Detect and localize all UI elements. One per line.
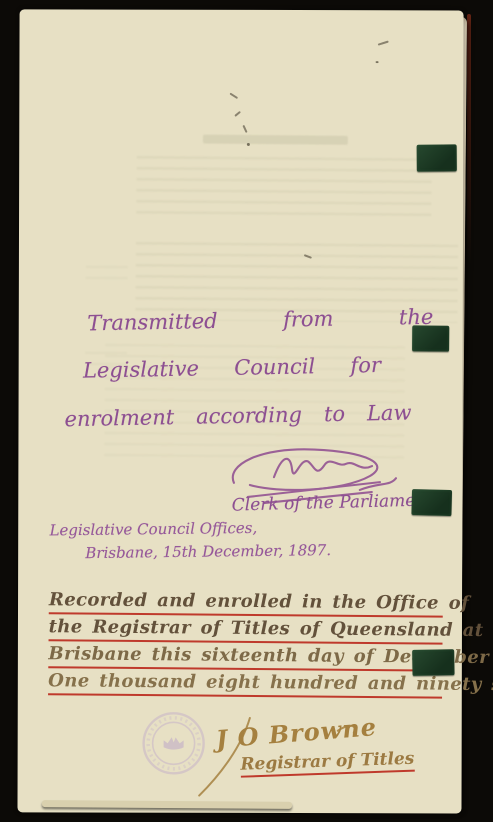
date-line: Brisbane, 15th December, 1897.	[85, 541, 331, 562]
handwritten-word: according	[196, 403, 302, 429]
transmittal-line-1: Transmitted from the	[87, 305, 433, 336]
book-spine-edge	[467, 14, 471, 264]
document-page: Transmitted from the Legislative Council…	[19, 13, 467, 810]
registrar-title: Registrar of Titles	[240, 749, 415, 778]
enrolment-line: Recorded and enrolled in the Office of	[49, 587, 443, 617]
bleedthrough-heading	[203, 135, 348, 145]
ink-speck	[229, 93, 238, 100]
handwritten-word: Legislative	[83, 356, 199, 382]
handwritten-word: from	[283, 307, 334, 332]
bleedthrough-margin-note	[86, 266, 128, 282]
office-line: Legislative Council Offices,	[49, 519, 257, 540]
transmittal-line-2: Legislative Council for	[83, 353, 381, 383]
ink-speck	[378, 41, 389, 46]
ink-speck	[247, 143, 250, 146]
enrolment-record: Recorded and enrolled in the Office of t…	[48, 587, 443, 698]
transmittal-line-3: enrolment according to Law	[64, 401, 411, 432]
crown-icon	[164, 737, 184, 749]
bleedthrough-paragraph	[136, 156, 431, 217]
handwritten-word: Law	[367, 401, 412, 426]
ink-speck	[304, 254, 312, 259]
handwritten-word: enrolment	[64, 405, 174, 431]
enrolment-line: Brisbane this sixteenth day of December	[48, 641, 442, 671]
binding-tab	[417, 144, 457, 171]
enrolment-line: One thousand eight hundred and ninety se…	[48, 668, 442, 698]
ink-speck	[376, 61, 379, 63]
enrolment-line: the Registrar of Titles of Queensland at	[49, 614, 443, 644]
binding-tab	[412, 325, 449, 351]
ink-speck	[242, 125, 247, 133]
handwritten-word: Transmitted	[87, 309, 218, 335]
handwritten-word: for	[350, 353, 381, 378]
binding-tab	[411, 489, 452, 516]
photograph-of-document: Transmitted from the Legislative Council…	[0, 0, 493, 822]
handwritten-word: Council	[234, 354, 315, 380]
handwritten-word: to	[324, 402, 346, 426]
ink-speck	[234, 111, 241, 117]
binding-tab	[412, 649, 454, 676]
